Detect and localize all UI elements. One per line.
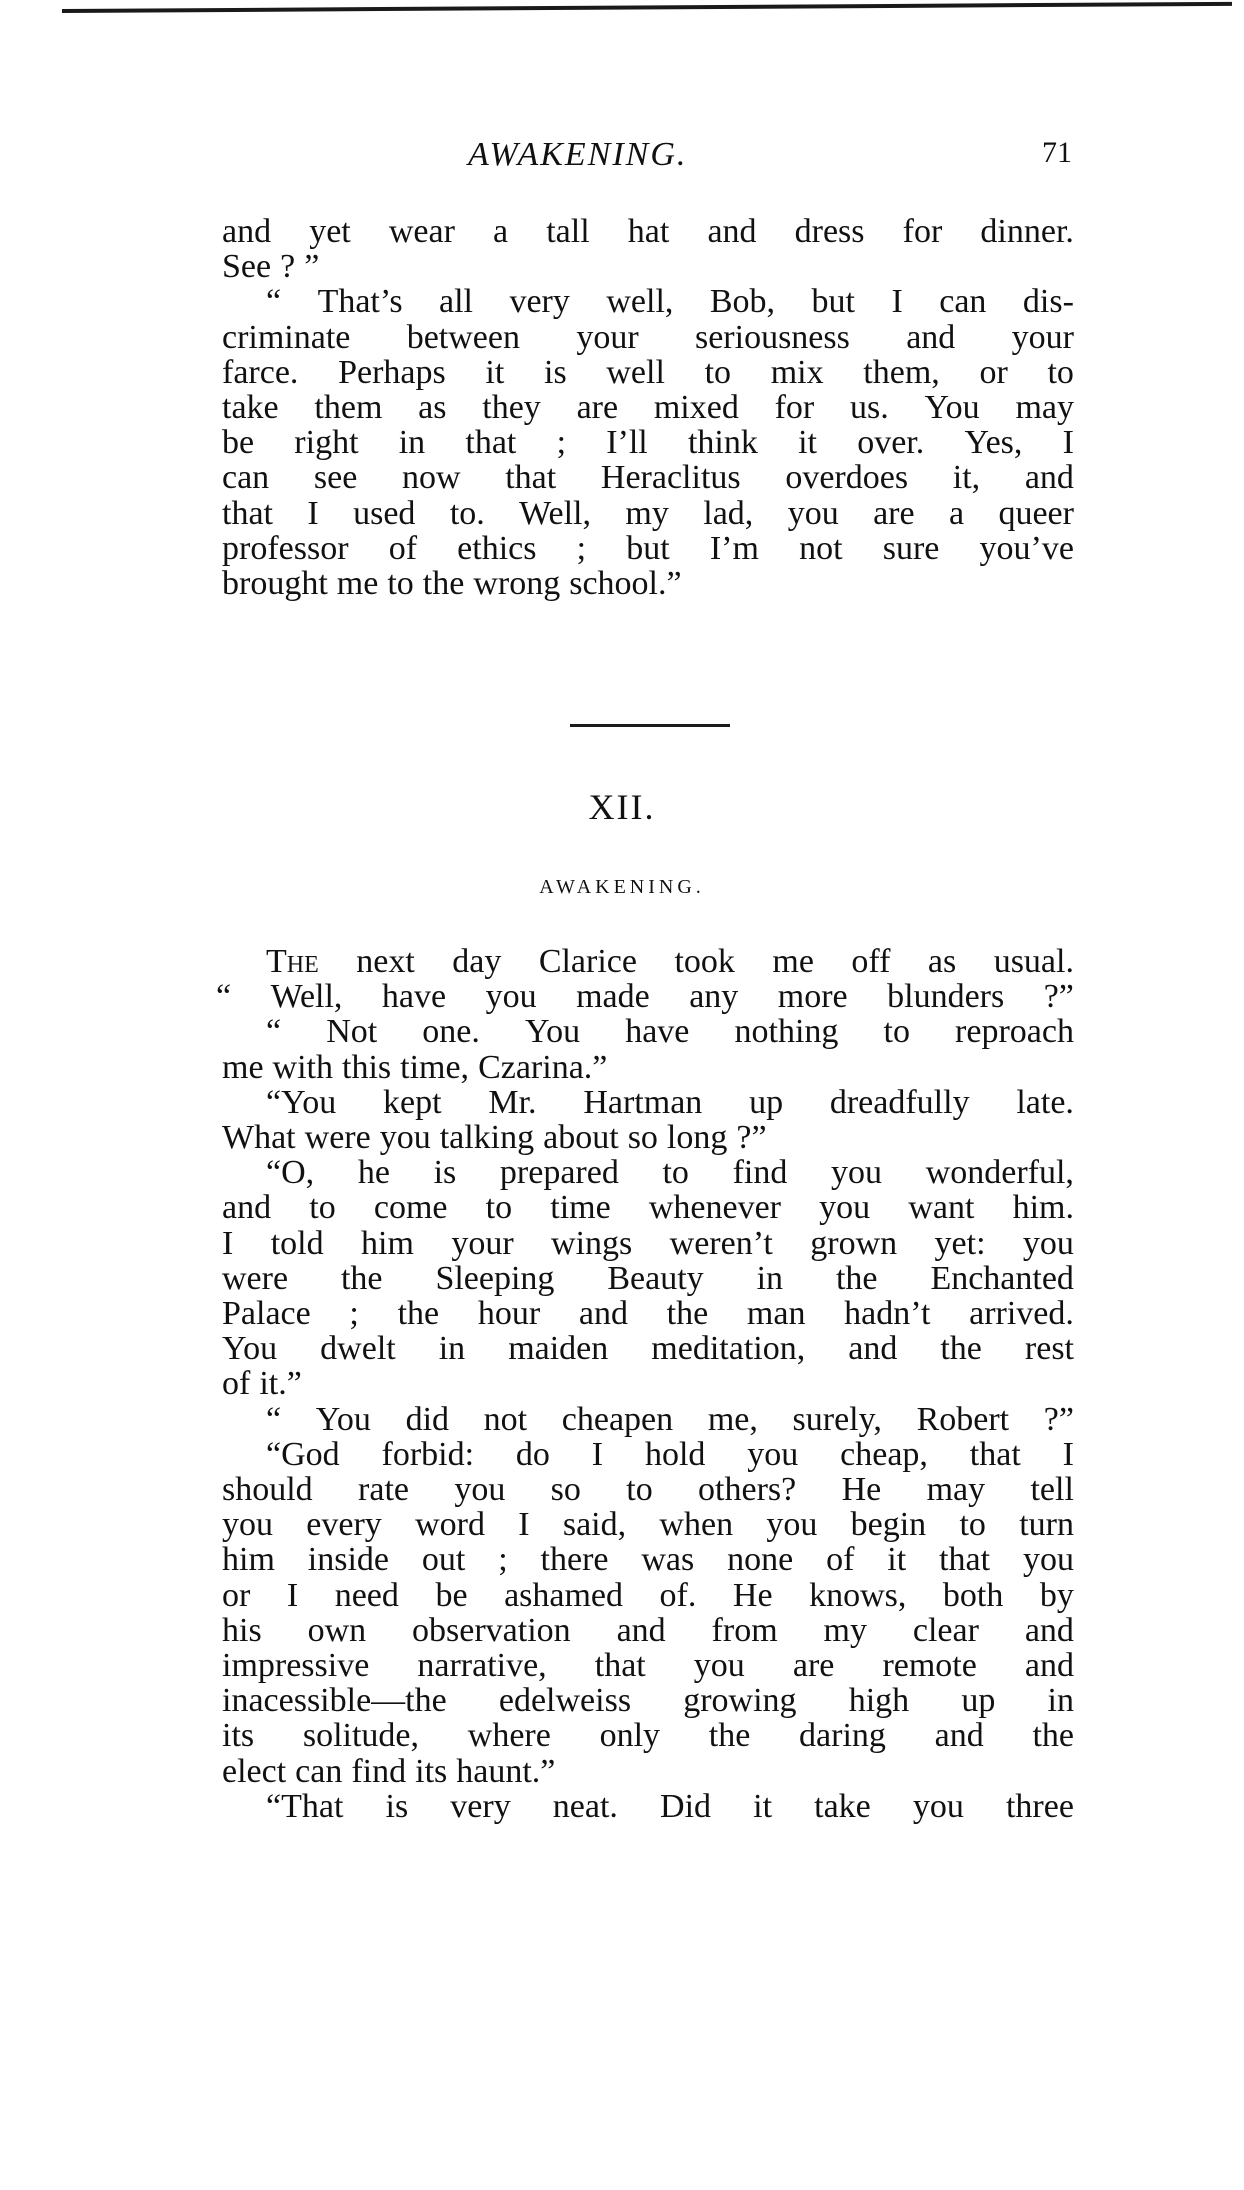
word: me: [337, 566, 379, 601]
word: can: [295, 1754, 342, 1789]
word: you: [486, 979, 537, 1014]
word: it: [753, 1789, 772, 1824]
word: of: [222, 1366, 250, 1401]
word: in: [399, 425, 425, 460]
word: his: [222, 1613, 262, 1648]
word: very: [509, 284, 569, 319]
word: me,: [708, 1402, 758, 1437]
word: the: [1032, 1718, 1074, 1753]
text-line: takethemastheyaremixedforus.Youmay: [222, 390, 1074, 425]
word: Enchanted: [930, 1261, 1074, 1296]
word: You: [525, 1014, 580, 1049]
word: me: [772, 944, 814, 979]
word: more: [778, 979, 848, 1014]
word: now: [402, 460, 461, 495]
word: that: [505, 460, 556, 495]
word: used: [353, 496, 415, 531]
word: your: [576, 320, 638, 355]
word: with: [273, 1050, 333, 1085]
text-line: “Thatisveryneat.Didittakeyouthree: [222, 1789, 1074, 1824]
word: I: [222, 1226, 233, 1261]
word: the: [341, 1261, 383, 1296]
word: hadn’t: [844, 1296, 930, 1331]
word: neat.: [553, 1789, 618, 1824]
word: to: [387, 566, 413, 601]
text-line: broughtmetothewrongschool.”: [222, 566, 1074, 601]
word: for: [775, 390, 815, 425]
word: mixed: [654, 390, 739, 425]
word: You: [222, 1331, 277, 1366]
word: school.”: [569, 566, 681, 601]
word: and: [222, 1190, 271, 1225]
word: up: [961, 1683, 995, 1718]
word: clear: [913, 1613, 979, 1648]
word: Hartman: [583, 1085, 702, 1120]
word: dwelt: [320, 1331, 396, 1366]
word: rest: [1025, 1331, 1074, 1366]
word: Robert: [917, 1402, 1010, 1437]
text-line: youeverywordIsaid,whenyoubegintoturn: [222, 1507, 1074, 1542]
word: I: [287, 1578, 298, 1613]
word: and: [906, 320, 955, 355]
word: inacessible—the: [222, 1683, 447, 1718]
text-line: itssolitude,whereonlythedaringandthe: [222, 1718, 1074, 1753]
word: Not: [326, 1014, 377, 1049]
word: cheap,: [840, 1437, 928, 1472]
word: that: [970, 1437, 1021, 1472]
word: and: [1025, 1613, 1074, 1648]
word: a: [493, 214, 508, 249]
word: narrative,: [417, 1648, 546, 1683]
text-line: inacessible—theedelweissgrowinghighupin: [222, 1683, 1074, 1718]
word: dis-: [1023, 284, 1074, 319]
word: is: [434, 1155, 457, 1190]
word: can: [939, 284, 986, 319]
word: but: [626, 531, 669, 566]
word: off: [851, 944, 890, 979]
word: you: [1023, 1542, 1074, 1577]
word: Heraclitus: [601, 460, 741, 495]
word: you’ve: [980, 531, 1074, 566]
word: surely,: [793, 1402, 882, 1437]
word: time: [550, 1190, 610, 1225]
word: inside: [308, 1542, 389, 1577]
word: that: [465, 425, 516, 460]
word: Well,: [271, 979, 343, 1014]
text-line: “Well,haveyoumadeanymoreblunders?”: [216, 979, 1074, 1014]
word: professor: [222, 531, 349, 566]
word: were: [222, 1261, 288, 1296]
word: word: [415, 1507, 485, 1542]
word: of: [826, 1542, 854, 1577]
text-line: “That’sallverywell,Bob,butIcandis-: [222, 284, 1074, 319]
text-line: shouldrateyousotoothers?Hemaytell: [222, 1472, 1074, 1507]
text-line: weretheSleepingBeautyintheEnchanted: [222, 1261, 1074, 1296]
word: “: [266, 1014, 281, 1049]
word: hold: [645, 1437, 705, 1472]
word: ;: [349, 1296, 358, 1331]
word: but: [812, 284, 855, 319]
word: take: [814, 1789, 871, 1824]
word: turn: [1019, 1507, 1074, 1542]
word: mix: [771, 355, 824, 390]
word: or: [979, 355, 1007, 390]
word: and: [848, 1331, 897, 1366]
word: long: [667, 1120, 727, 1155]
word: Perhaps: [338, 355, 446, 390]
word: it: [887, 1542, 906, 1577]
word: growing: [683, 1683, 796, 1718]
word: the: [836, 1261, 878, 1296]
word: and: [935, 1718, 984, 1753]
word: do: [516, 1437, 550, 1472]
word: yet:: [935, 1226, 986, 1261]
word: wonderful,: [926, 1155, 1074, 1190]
word: three: [1006, 1789, 1074, 1824]
word: where: [468, 1718, 551, 1753]
word: come: [374, 1190, 448, 1225]
word: me: [222, 1050, 264, 1085]
word: tell: [1030, 1472, 1073, 1507]
word: him: [222, 1542, 275, 1577]
word: right: [294, 425, 358, 460]
word: blunders: [887, 979, 1004, 1014]
word: and: [222, 214, 271, 249]
word: was: [641, 1542, 694, 1577]
word: up: [749, 1085, 783, 1120]
word: they: [482, 390, 541, 425]
word: may: [1015, 390, 1074, 425]
word: think: [688, 425, 758, 460]
text-line: “O,heispreparedtofindyouwonderful,: [222, 1155, 1074, 1190]
word: that: [222, 496, 273, 531]
word: did: [406, 1402, 449, 1437]
word: you: [380, 1120, 431, 1155]
word: by: [1040, 1578, 1074, 1613]
word: reproach: [955, 1014, 1074, 1049]
opening-word: The: [266, 944, 319, 979]
word: and: [1025, 460, 1074, 495]
chapter-title: AWAKENING.: [0, 876, 1244, 899]
word: grown: [810, 1226, 897, 1261]
text-line: ofit.”: [222, 1366, 1074, 1401]
word: take: [222, 390, 279, 425]
top-scan-rule: [62, 2, 1232, 13]
word: them: [314, 390, 382, 425]
word: talking: [440, 1120, 534, 1155]
word: whenever: [649, 1190, 781, 1225]
word: forbid:: [382, 1437, 475, 1472]
running-title: AWAKENING.: [468, 136, 687, 174]
word: as: [928, 944, 956, 979]
word: him: [361, 1226, 414, 1261]
word: between: [407, 320, 520, 355]
word: I: [891, 284, 902, 319]
text-line: The nextdayClaricetookmeoffasusual.: [222, 944, 1074, 979]
word: of: [389, 531, 417, 566]
word: and: [707, 214, 756, 249]
word: usual.: [994, 944, 1074, 979]
word: “God: [266, 1437, 340, 1472]
word: over.: [857, 425, 924, 460]
word: my: [625, 496, 668, 531]
word: from: [712, 1613, 778, 1648]
text-line: professorofethics;butI’mnotsureyou’ve: [222, 531, 1074, 566]
word: a: [949, 496, 964, 531]
text-line: “Notone.Youhavenothingtoreproach: [222, 1014, 1074, 1049]
word: observation: [412, 1613, 571, 1648]
word: wear: [389, 214, 455, 249]
word: criminate: [222, 320, 350, 355]
text-line: See?”: [222, 249, 1074, 284]
word: see: [314, 460, 357, 495]
word: not: [799, 531, 842, 566]
word: is: [386, 1789, 409, 1824]
word: when: [659, 1507, 733, 1542]
word: meditation,: [651, 1331, 805, 1366]
word: you: [766, 1507, 817, 1542]
word: and: [617, 1613, 666, 1648]
word: to: [626, 1472, 652, 1507]
word: elect: [222, 1754, 286, 1789]
word: rate: [358, 1472, 409, 1507]
word: others?: [698, 1472, 796, 1507]
text-line: himinsideout;therewasnoneofitthatyou: [222, 1542, 1074, 1577]
word: them,: [863, 355, 939, 390]
word: Bob,: [710, 284, 775, 319]
word: were: [305, 1120, 371, 1155]
word: you: [1023, 1226, 1074, 1261]
word: Yes,: [964, 425, 1022, 460]
word: any: [689, 979, 738, 1014]
word: “That: [266, 1789, 343, 1824]
text-line: “Godforbid:doIholdyoucheap,thatI: [222, 1437, 1074, 1472]
word: out: [422, 1542, 465, 1577]
word: to: [309, 1190, 335, 1225]
word: next: [356, 944, 415, 979]
word: prepared: [500, 1155, 619, 1190]
word: only: [600, 1718, 660, 1753]
word: ?: [280, 249, 295, 284]
text-line: Palace;thehourandthemanhadn’tarrived.: [222, 1296, 1074, 1331]
word: yet: [309, 214, 351, 249]
word: are: [873, 496, 915, 531]
section-divider: [570, 724, 730, 727]
word: Mr.: [488, 1085, 536, 1120]
word: of.: [660, 1578, 697, 1613]
text-line: farce.Perhapsitiswelltomixthem,orto: [222, 355, 1074, 390]
word: this: [342, 1050, 391, 1085]
word: the: [940, 1331, 982, 1366]
word: it,: [953, 460, 980, 495]
word: solitude,: [303, 1718, 419, 1753]
word: it.”: [259, 1366, 301, 1401]
word: high: [849, 1683, 909, 1718]
chapter-number: XII.: [0, 786, 1244, 828]
word: be: [435, 1578, 467, 1613]
word: day: [452, 944, 501, 979]
word: cheapen: [562, 1402, 673, 1437]
word: in: [1048, 1683, 1074, 1718]
word: time,: [400, 1050, 469, 1085]
word: arrived.: [969, 1296, 1074, 1331]
word: are: [577, 390, 619, 425]
word: ?”: [1044, 1402, 1074, 1437]
word: have: [382, 979, 446, 1014]
word: find: [733, 1155, 788, 1190]
word: it: [798, 425, 817, 460]
word: Czarina.”: [478, 1050, 607, 1085]
word: very: [450, 1789, 510, 1824]
word: He: [842, 1472, 882, 1507]
word: so: [551, 1472, 581, 1507]
word: him.: [1013, 1190, 1074, 1225]
word: you: [913, 1789, 964, 1824]
word: edelweiss: [499, 1683, 631, 1718]
word: “You: [266, 1085, 336, 1120]
word: may: [927, 1472, 986, 1507]
word: Beauty: [607, 1261, 703, 1296]
word: want: [908, 1190, 974, 1225]
word: to: [662, 1155, 688, 1190]
word: “: [216, 979, 231, 1014]
word: Sleeping: [435, 1261, 554, 1296]
text-line: thatIusedto.Well,mylad,youareaqueer: [222, 496, 1074, 531]
word: both: [943, 1578, 1003, 1613]
word: the: [398, 1296, 440, 1331]
word: you: [222, 1507, 273, 1542]
word: to: [884, 1014, 910, 1049]
word: you: [694, 1648, 745, 1683]
word: “: [266, 284, 281, 319]
text-line: criminatebetweenyourseriousnessandyour: [222, 320, 1074, 355]
continued-paragraphs: andyetwearatallhatanddressfordinner. See…: [222, 214, 1074, 601]
word: I: [518, 1507, 529, 1542]
word: I: [307, 496, 318, 531]
word: or: [222, 1578, 250, 1613]
word: ;: [557, 425, 566, 460]
word: hat: [628, 214, 670, 249]
word: late.: [1016, 1085, 1074, 1120]
word: have: [625, 1014, 689, 1049]
word: sure: [883, 531, 940, 566]
word: tall: [546, 214, 589, 249]
word: See: [222, 249, 271, 284]
word: its: [415, 1754, 447, 1789]
word: farce.: [222, 355, 298, 390]
word: I’m: [710, 531, 759, 566]
word: to: [486, 1190, 512, 1225]
word: Well,: [519, 496, 591, 531]
text-line: berightinthat;I’llthinkitover.Yes,I: [222, 425, 1074, 460]
text-line: electcanfinditshaunt.”: [222, 1754, 1074, 1789]
word: dinner.: [980, 214, 1073, 249]
word: I: [1063, 425, 1074, 460]
word: find: [351, 1754, 406, 1789]
word: You: [925, 390, 980, 425]
word: weren’t: [670, 1226, 773, 1261]
word: your: [1012, 320, 1074, 355]
word: to: [705, 355, 731, 390]
word: made: [576, 979, 650, 1014]
word: begin: [851, 1507, 927, 1542]
text-line: Youdweltinmaidenmeditation,andtherest: [222, 1331, 1074, 1366]
word: you: [831, 1155, 882, 1190]
word: maiden: [508, 1331, 608, 1366]
word: “: [266, 1402, 281, 1437]
word: ;: [498, 1542, 507, 1577]
word: Clarice: [539, 944, 637, 979]
word: my: [824, 1613, 867, 1648]
word: you: [747, 1437, 798, 1472]
chapter-body: The nextdayClaricetookmeoffasusual. “Wel…: [222, 944, 1074, 1824]
word: That’s: [318, 284, 403, 319]
text-line: canseenowthatHeraclitusoverdoesit,and: [222, 460, 1074, 495]
word: man: [747, 1296, 806, 1331]
word: is: [544, 355, 567, 390]
word: need: [335, 1578, 399, 1613]
word: Palace: [222, 1296, 311, 1331]
word: I: [1063, 1437, 1074, 1472]
word: ?”: [1044, 979, 1074, 1014]
text-line: impressivenarrative,thatyouareremoteand: [222, 1648, 1074, 1683]
word: you: [788, 496, 839, 531]
word: your: [451, 1226, 513, 1261]
text-line: andyetwearatallhatanddressfordinner.: [222, 214, 1074, 249]
word: kept: [383, 1085, 442, 1120]
word: queer: [998, 496, 1074, 531]
word: ashamed: [504, 1578, 623, 1613]
word: are: [793, 1648, 835, 1683]
word: Did: [660, 1789, 711, 1824]
word: said,: [563, 1507, 626, 1542]
word: overdoes: [785, 460, 908, 495]
word: “O,: [266, 1155, 314, 1190]
word: You: [316, 1402, 371, 1437]
text-line: orIneedbeashamedof.Heknows,bothby: [222, 1578, 1074, 1613]
word: in: [439, 1331, 465, 1366]
word: ;: [577, 531, 586, 566]
word: He: [733, 1578, 773, 1613]
word: he: [358, 1155, 390, 1190]
word: none: [727, 1542, 793, 1577]
word: wings: [551, 1226, 632, 1261]
word: nothing: [735, 1014, 839, 1049]
word: haunt.”: [456, 1754, 555, 1789]
text-line: “YoukeptMr.Hartmanupdreadfullylate.: [222, 1085, 1074, 1120]
word: that: [595, 1648, 646, 1683]
word: not: [484, 1402, 527, 1437]
word: there: [541, 1542, 609, 1577]
word: daring: [799, 1718, 886, 1753]
word: ethics: [457, 531, 536, 566]
word: for: [903, 214, 943, 249]
word: took: [674, 944, 734, 979]
word: wrong: [473, 566, 560, 601]
word: well: [606, 355, 665, 390]
text-line: “Youdidnotcheapenme,surely,Robert?”: [222, 1402, 1074, 1437]
text-line: andtocometotimewheneveryouwanthim.: [222, 1190, 1074, 1225]
word: brought: [222, 566, 328, 601]
word: hour: [478, 1296, 540, 1331]
word: seriousness: [695, 320, 850, 355]
word: its: [222, 1718, 254, 1753]
word: ?”: [736, 1120, 766, 1155]
word: and: [1025, 1648, 1074, 1683]
word: dreadfully: [830, 1085, 970, 1120]
word: to: [1047, 355, 1073, 390]
word: I: [592, 1437, 603, 1472]
